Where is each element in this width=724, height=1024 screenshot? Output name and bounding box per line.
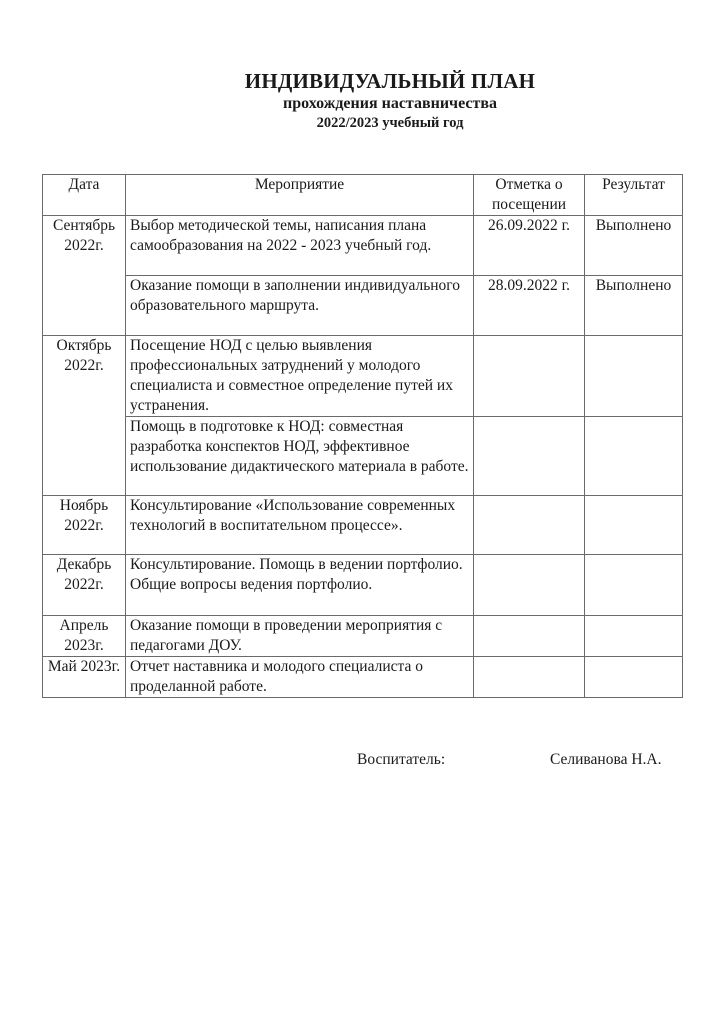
header-mark: Отметка о посещении	[474, 175, 585, 216]
cell-date: Октябрь 2022г.	[43, 336, 126, 496]
cell-date: Сентябрь 2022г.	[43, 216, 126, 336]
cell-date: Декабрь 2022г.	[43, 555, 126, 616]
cell-mark	[474, 417, 585, 496]
cell-result	[585, 616, 683, 657]
cell-mark	[474, 336, 585, 417]
cell-result	[585, 417, 683, 496]
cell-mark: 26.09.2022 г.	[474, 216, 585, 276]
academic-year: 2022/2023 учебный год	[0, 114, 724, 132]
signature-name: Селиванова Н.А.	[550, 750, 661, 770]
cell-date: Апрель 2023г.	[43, 616, 126, 657]
table-header-row: Дата Мероприятие Отметка о посещении Рез…	[43, 175, 683, 216]
signature-label: Воспитатель:	[357, 750, 445, 770]
table-row: Октябрь 2022г. Посещение НОД с целью выя…	[43, 336, 683, 417]
cell-event: Оказание помощи в проведении мероприятия…	[126, 616, 474, 657]
cell-mark: 28.09.2022 г.	[474, 276, 585, 336]
cell-result	[585, 657, 683, 698]
cell-mark	[474, 555, 585, 616]
cell-event: Консультирование «Использование современ…	[126, 496, 474, 555]
cell-result	[585, 496, 683, 555]
cell-date: Ноябрь 2022г.	[43, 496, 126, 555]
table-row: Ноябрь 2022г. Консультирование «Использо…	[43, 496, 683, 555]
mentoring-plan-table: Дата Мероприятие Отметка о посещении Рез…	[42, 174, 683, 698]
table-row: Помощь в подготовке к НОД: совместная ра…	[43, 417, 683, 496]
cell-event: Консультирование. Помощь в ведении портф…	[126, 555, 474, 616]
cell-event: Помощь в подготовке к НОД: совместная ра…	[126, 417, 474, 496]
cell-result: Выполнено	[585, 276, 683, 336]
document-title: ИНДИВИДУАЛЬНЫЙ ПЛАН	[0, 68, 724, 94]
header-result: Результат	[585, 175, 683, 216]
table-row: Апрель 2023г. Оказание помощи в проведен…	[43, 616, 683, 657]
cell-result: Выполнено	[585, 216, 683, 276]
cell-date: Май 2023г.	[43, 657, 126, 698]
table-row: Май 2023г. Отчет наставника и молодого с…	[43, 657, 683, 698]
cell-event: Выбор методической темы, написания плана…	[126, 216, 474, 276]
cell-event: Оказание помощи в заполнении индивидуаль…	[126, 276, 474, 336]
table-row: Оказание помощи в заполнении индивидуаль…	[43, 276, 683, 336]
cell-result	[585, 336, 683, 417]
cell-mark	[474, 496, 585, 555]
header-event: Мероприятие	[126, 175, 474, 216]
document-subtitle: прохождения наставничества	[0, 94, 724, 114]
cell-event: Посещение НОД с целью выявления професси…	[126, 336, 474, 417]
cell-result	[585, 555, 683, 616]
cell-mark	[474, 657, 585, 698]
document-header: ИНДИВИДУАЛЬНЫЙ ПЛАН прохождения наставни…	[0, 68, 724, 132]
cell-event: Отчет наставника и молодого специалиста …	[126, 657, 474, 698]
table-row: Декабрь 2022г. Консультирование. Помощь …	[43, 555, 683, 616]
table-row: Сентябрь 2022г. Выбор методической темы,…	[43, 216, 683, 276]
cell-mark	[474, 616, 585, 657]
header-date: Дата	[43, 175, 126, 216]
